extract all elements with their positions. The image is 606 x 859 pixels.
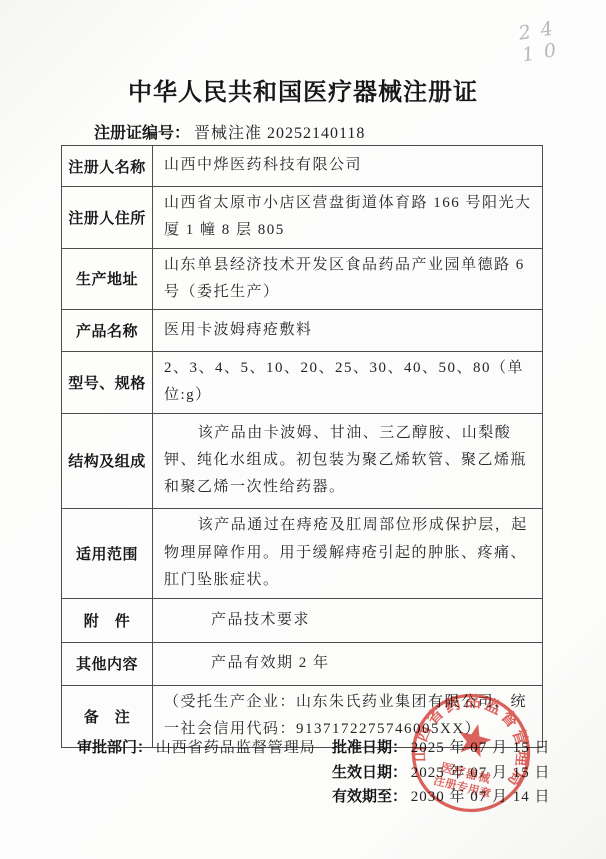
certificate-table: 注册人名称 山西中烨医药科技有限公司 注册人住所 山西省太原市小店区营盘街道体育… [61, 145, 543, 748]
field-value: 产品技术要求 [153, 598, 543, 642]
field-label: 注册人名称 [62, 146, 153, 187]
field-label: 附 件 [62, 598, 153, 642]
field-value: 山西省太原市小店区营盘街道体育路 166 号阳光大厦 1 幢 8 层 805 [153, 187, 543, 249]
expiry-date-label: 有效期至： [332, 788, 407, 805]
expiry-date-value: 2030 年 07 月 14 日 [411, 789, 551, 805]
field-value: 该产品由卡波姆、甘油、三乙醇胺、山梨酸钾、纯化水组成。初包装为聚乙烯软管、聚乙烯… [153, 413, 543, 508]
effective-date-value: 2025 年 07 月 15 日 [411, 765, 551, 781]
field-value: 山西中烨医药科技有限公司 [153, 146, 543, 187]
table-row: 适用范围 该产品通过在痔疮及肛周部位形成保护层，起物理屏障作用。用于缓解痔疮引起… [62, 508, 543, 598]
field-value: 产品有效期 2 年 [153, 642, 543, 685]
field-label: 型号、规格 [62, 352, 153, 414]
field-label: 适用范围 [62, 508, 153, 598]
table-row: 型号、规格 2、3、4、5、10、20、25、30、40、50、80（单位:g） [62, 352, 543, 414]
field-label: 结构及组成 [62, 413, 153, 508]
field-value: 山东单县经济技术开发区食品药品产业园单德路 6 号（委托生产） [153, 248, 543, 310]
table-row: 注册人名称 山西中烨医药科技有限公司 [62, 146, 543, 187]
certificate-page: 24 10 中华人民共和国医疗器械注册证 注册证编号： 晋械注准 2025214… [0, 0, 606, 859]
page-title: 中华人民共和国医疗器械注册证 [0, 72, 606, 107]
table-row: 其他内容 产品有效期 2 年 [62, 642, 543, 685]
certificate-dates: 批准日期： 2025 年 07 月 15 日 生效日期： 2025 年 07 月… [332, 736, 551, 810]
approval-department-label: 审批部门： [77, 739, 152, 756]
field-label: 产品名称 [62, 310, 153, 352]
table-row: 注册人住所 山西省太原市小店区营盘街道体育路 166 号阳光大厦 1 幢 8 层… [62, 187, 543, 249]
field-value: 该产品通过在痔疮及肛周部位形成保护层，起物理屏障作用。用于缓解痔疮引起的肿胀、疼… [153, 508, 543, 598]
field-value: 医用卡波姆痔疮敷料 [153, 310, 543, 352]
registration-number-label: 注册证编号： [94, 125, 190, 142]
registration-number-value: 晋械注准 20252140118 [194, 125, 365, 142]
field-label: 注册人住所 [62, 187, 153, 249]
field-label: 生产地址 [62, 248, 153, 310]
approval-department-line: 审批部门： 山西省药品监督管理局 [77, 736, 316, 757]
field-label: 其他内容 [62, 642, 153, 685]
approval-date-line: 批准日期： 2025 年 07 月 15 日 [332, 736, 551, 761]
handwritten-note: 24 10 [517, 10, 606, 67]
approval-department-value: 山西省药品监督管理局 [156, 740, 316, 756]
effective-date-line: 生效日期： 2025 年 07 月 15 日 [332, 761, 551, 786]
table-row: 生产地址 山东单县经济技术开发区食品药品产业园单德路 6 号（委托生产） [62, 248, 543, 310]
expiry-date-line: 有效期至： 2030 年 07 月 14 日 [332, 785, 551, 810]
table-row: 产品名称 医用卡波姆痔疮敷料 [62, 310, 543, 352]
table-row: 结构及组成 该产品由卡波姆、甘油、三乙醇胺、山梨酸钾、纯化水组成。初包装为聚乙烯… [62, 413, 543, 508]
field-value: 2、3、4、5、10、20、25、30、40、50、80（单位:g） [153, 352, 543, 414]
approval-date-label: 批准日期： [332, 739, 407, 756]
approval-date-value: 2025 年 07 月 15 日 [411, 740, 551, 756]
table-row: 附 件 产品技术要求 [62, 598, 543, 642]
registration-number-line: 注册证编号： 晋械注准 20252140118 [94, 120, 365, 143]
effective-date-label: 生效日期： [332, 764, 407, 781]
